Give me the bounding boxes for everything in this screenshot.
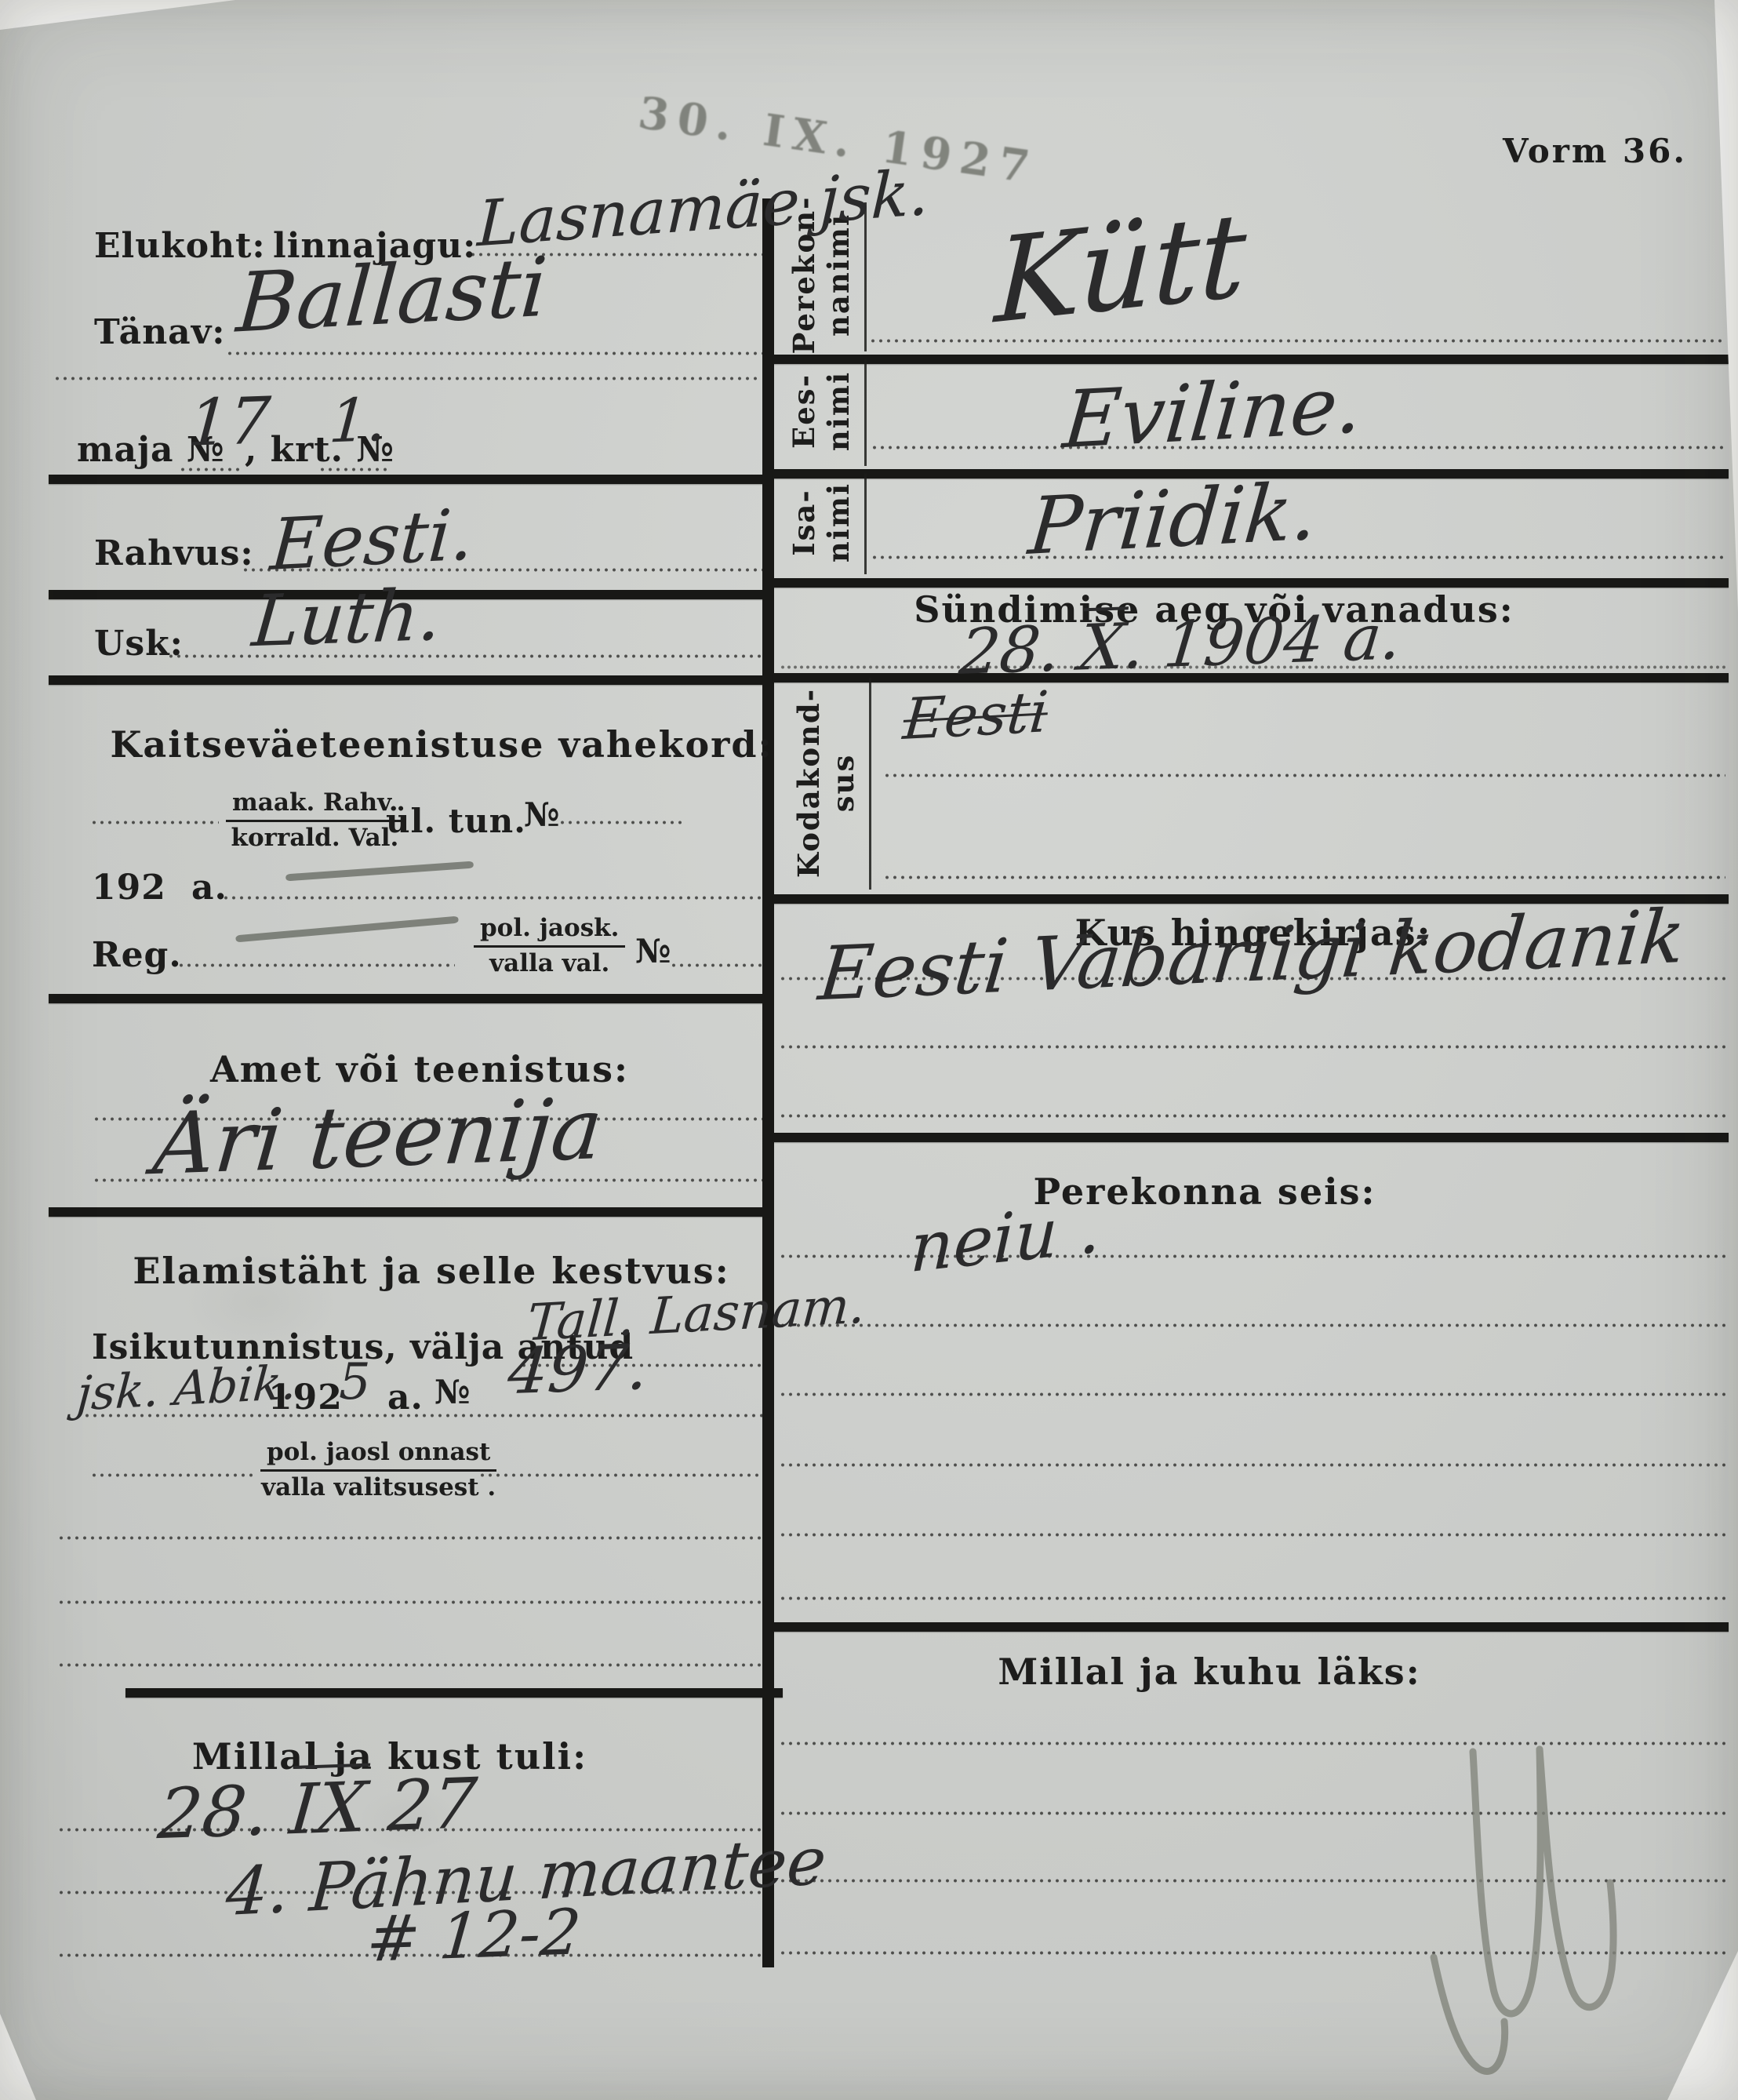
dotted-line (780, 1392, 1725, 1396)
section-rule (773, 578, 1729, 588)
dotted-line (55, 377, 761, 380)
pol2-fraction: pol. jaosl onnast valla valitsusest . (260, 1439, 496, 1501)
dotted-line (780, 1323, 1725, 1327)
isanimi-vertical-label: Isa- nimi (784, 471, 859, 574)
scan-corner-bottom-left (0, 2014, 36, 2100)
dotted-line (59, 1663, 773, 1667)
dotted-line (59, 1536, 773, 1540)
doc-no-value: 497. (506, 1336, 651, 1404)
field-rahvus-value: Eesti. (268, 500, 476, 581)
maak-korrald-fraction: maak. Rahv. korrald. Val. (226, 789, 404, 852)
dotted-line (560, 821, 684, 824)
field-krt-value: 1. (327, 390, 388, 452)
field-maja-value: 17 (186, 389, 272, 457)
pol-fraction-top: pol. jaosk. (474, 915, 625, 948)
scan-corner-top-left (0, 0, 235, 30)
dotted-line (92, 821, 219, 824)
maak-fraction-bottom: korrald. Val. (226, 822, 404, 853)
isanimi-label-line2: nimi (822, 482, 856, 562)
field-tanav-label: Tänav: (94, 312, 226, 352)
field-usk-label: Usk: (94, 624, 184, 664)
dotted-line (780, 1533, 1725, 1537)
tuli-date-value: 28. IX 27 (155, 1769, 479, 1849)
section-rule (773, 355, 1729, 364)
reg-label: Reg. (92, 935, 182, 975)
pol-jaosk-fraction: pol. jaosk. valla val. (474, 915, 625, 977)
section-rule (773, 1133, 1729, 1142)
sundimise-value-roman: X (1076, 610, 1129, 684)
scan-edge-right (1714, 0, 1738, 612)
ul-tun-no-sign: № (524, 795, 561, 834)
label-cell-rule (864, 359, 867, 466)
maak-fraction-top: maak. Rahv. (226, 789, 404, 822)
jsk-abik-value: jsk. Abik. (75, 1359, 298, 1418)
amet-value: Äri teenija (150, 1087, 605, 1188)
doc-no-sign: № (434, 1373, 471, 1411)
kaitsevae-heading: Kaitseväeteenistuse vahekord: (110, 723, 773, 766)
year2-value: 5 (339, 1357, 371, 1407)
dotted-line (227, 351, 773, 355)
section-rule (49, 475, 773, 484)
pencil-scribble-mark (1412, 1722, 1671, 2091)
pol2-fraction-bottom: valla valitsusest . (260, 1472, 496, 1502)
section-rule (125, 1688, 783, 1698)
scanned-form-page: 30. IX. 1927 Vorm 36. Elukoht: linnajagu… (0, 0, 1738, 2100)
field-tanav-value: Ballasti (235, 246, 550, 344)
year2-a-label: a. (387, 1378, 424, 1418)
dotted-line (780, 1596, 1725, 1600)
perekonna-seis-value: neiu . (909, 1195, 1102, 1283)
reg-no-sign: № (635, 932, 672, 970)
section-rule (49, 1207, 773, 1217)
tuli-date-roman: IX (286, 1767, 369, 1851)
dotted-line (179, 963, 455, 967)
dotted-line (92, 1473, 253, 1477)
kodakondsus-label-line2: sus (827, 754, 861, 813)
tuli-house-number-value: # 12-2 (365, 1901, 584, 1971)
section-rule (49, 675, 773, 685)
section-rule (49, 994, 773, 1003)
sundimise-value-pre: 28. (956, 611, 1083, 689)
ul-tun-label: ül. tun. (386, 802, 526, 840)
dotted-line (671, 963, 772, 967)
isanimi-label-line1: Isa- (787, 489, 822, 555)
dotted-line (780, 1114, 1725, 1118)
label-cell-rule (869, 678, 871, 890)
eesnimi-label-line2: nimi (822, 371, 856, 451)
hingekirjas-value: Eesti Vabariigi kodanik (816, 901, 1688, 1013)
kodakondsus-vertical-label: Kodakond- sus (787, 675, 866, 891)
dotted-line (780, 1045, 1725, 1049)
sundimise-value-post: . 1904 a. (1121, 600, 1405, 683)
sundimise-value: 28. X. 1904 a. (957, 606, 1405, 684)
year-192-label: 192 (92, 868, 166, 908)
eesnimi-label-line1: Ees- (787, 373, 822, 449)
kodakondsus-value: Eesti (901, 683, 1050, 748)
eesnimi-value: Eviline. (1060, 366, 1365, 460)
tuli-date-post: 27 (363, 1763, 480, 1847)
tuli-date-pre: 28. (155, 1769, 294, 1854)
field-rahvus-label: Rahvus: (94, 533, 254, 573)
form-number: Vorm 36. (1503, 132, 1687, 170)
dotted-line (480, 1473, 773, 1477)
elamistaht-heading: Elamistäht ja selle kestvus: (133, 1250, 729, 1292)
pencil-dash-mark (235, 916, 459, 943)
field-usk-value: Luth. (249, 581, 444, 658)
kodakondsus-label-line1: Kodakond- (792, 688, 827, 878)
dotted-line (59, 1600, 773, 1604)
pol-fraction-bottom: valla val. (474, 948, 625, 978)
dotted-line (780, 1463, 1725, 1467)
dotted-line (224, 896, 773, 900)
eesnimi-vertical-label: Ees- nimi (784, 356, 859, 466)
pol2-fraction-top: pol. jaosl onnast (260, 1439, 496, 1472)
laks-heading: Millal ja kuhu läks: (998, 1651, 1420, 1693)
column-divider-rule (762, 198, 774, 1967)
dotted-line (885, 773, 1725, 777)
year-a-label: a. (191, 868, 227, 908)
label-cell-rule (864, 474, 867, 574)
dotted-line (885, 875, 1725, 879)
perekonnanimi-value: Kütt (993, 197, 1248, 340)
scan-corner-bottom-right (1667, 1951, 1738, 2100)
section-rule (773, 1622, 1729, 1632)
pencil-dash-mark (285, 861, 474, 882)
isanimi-value: Priidik. (1026, 472, 1321, 566)
